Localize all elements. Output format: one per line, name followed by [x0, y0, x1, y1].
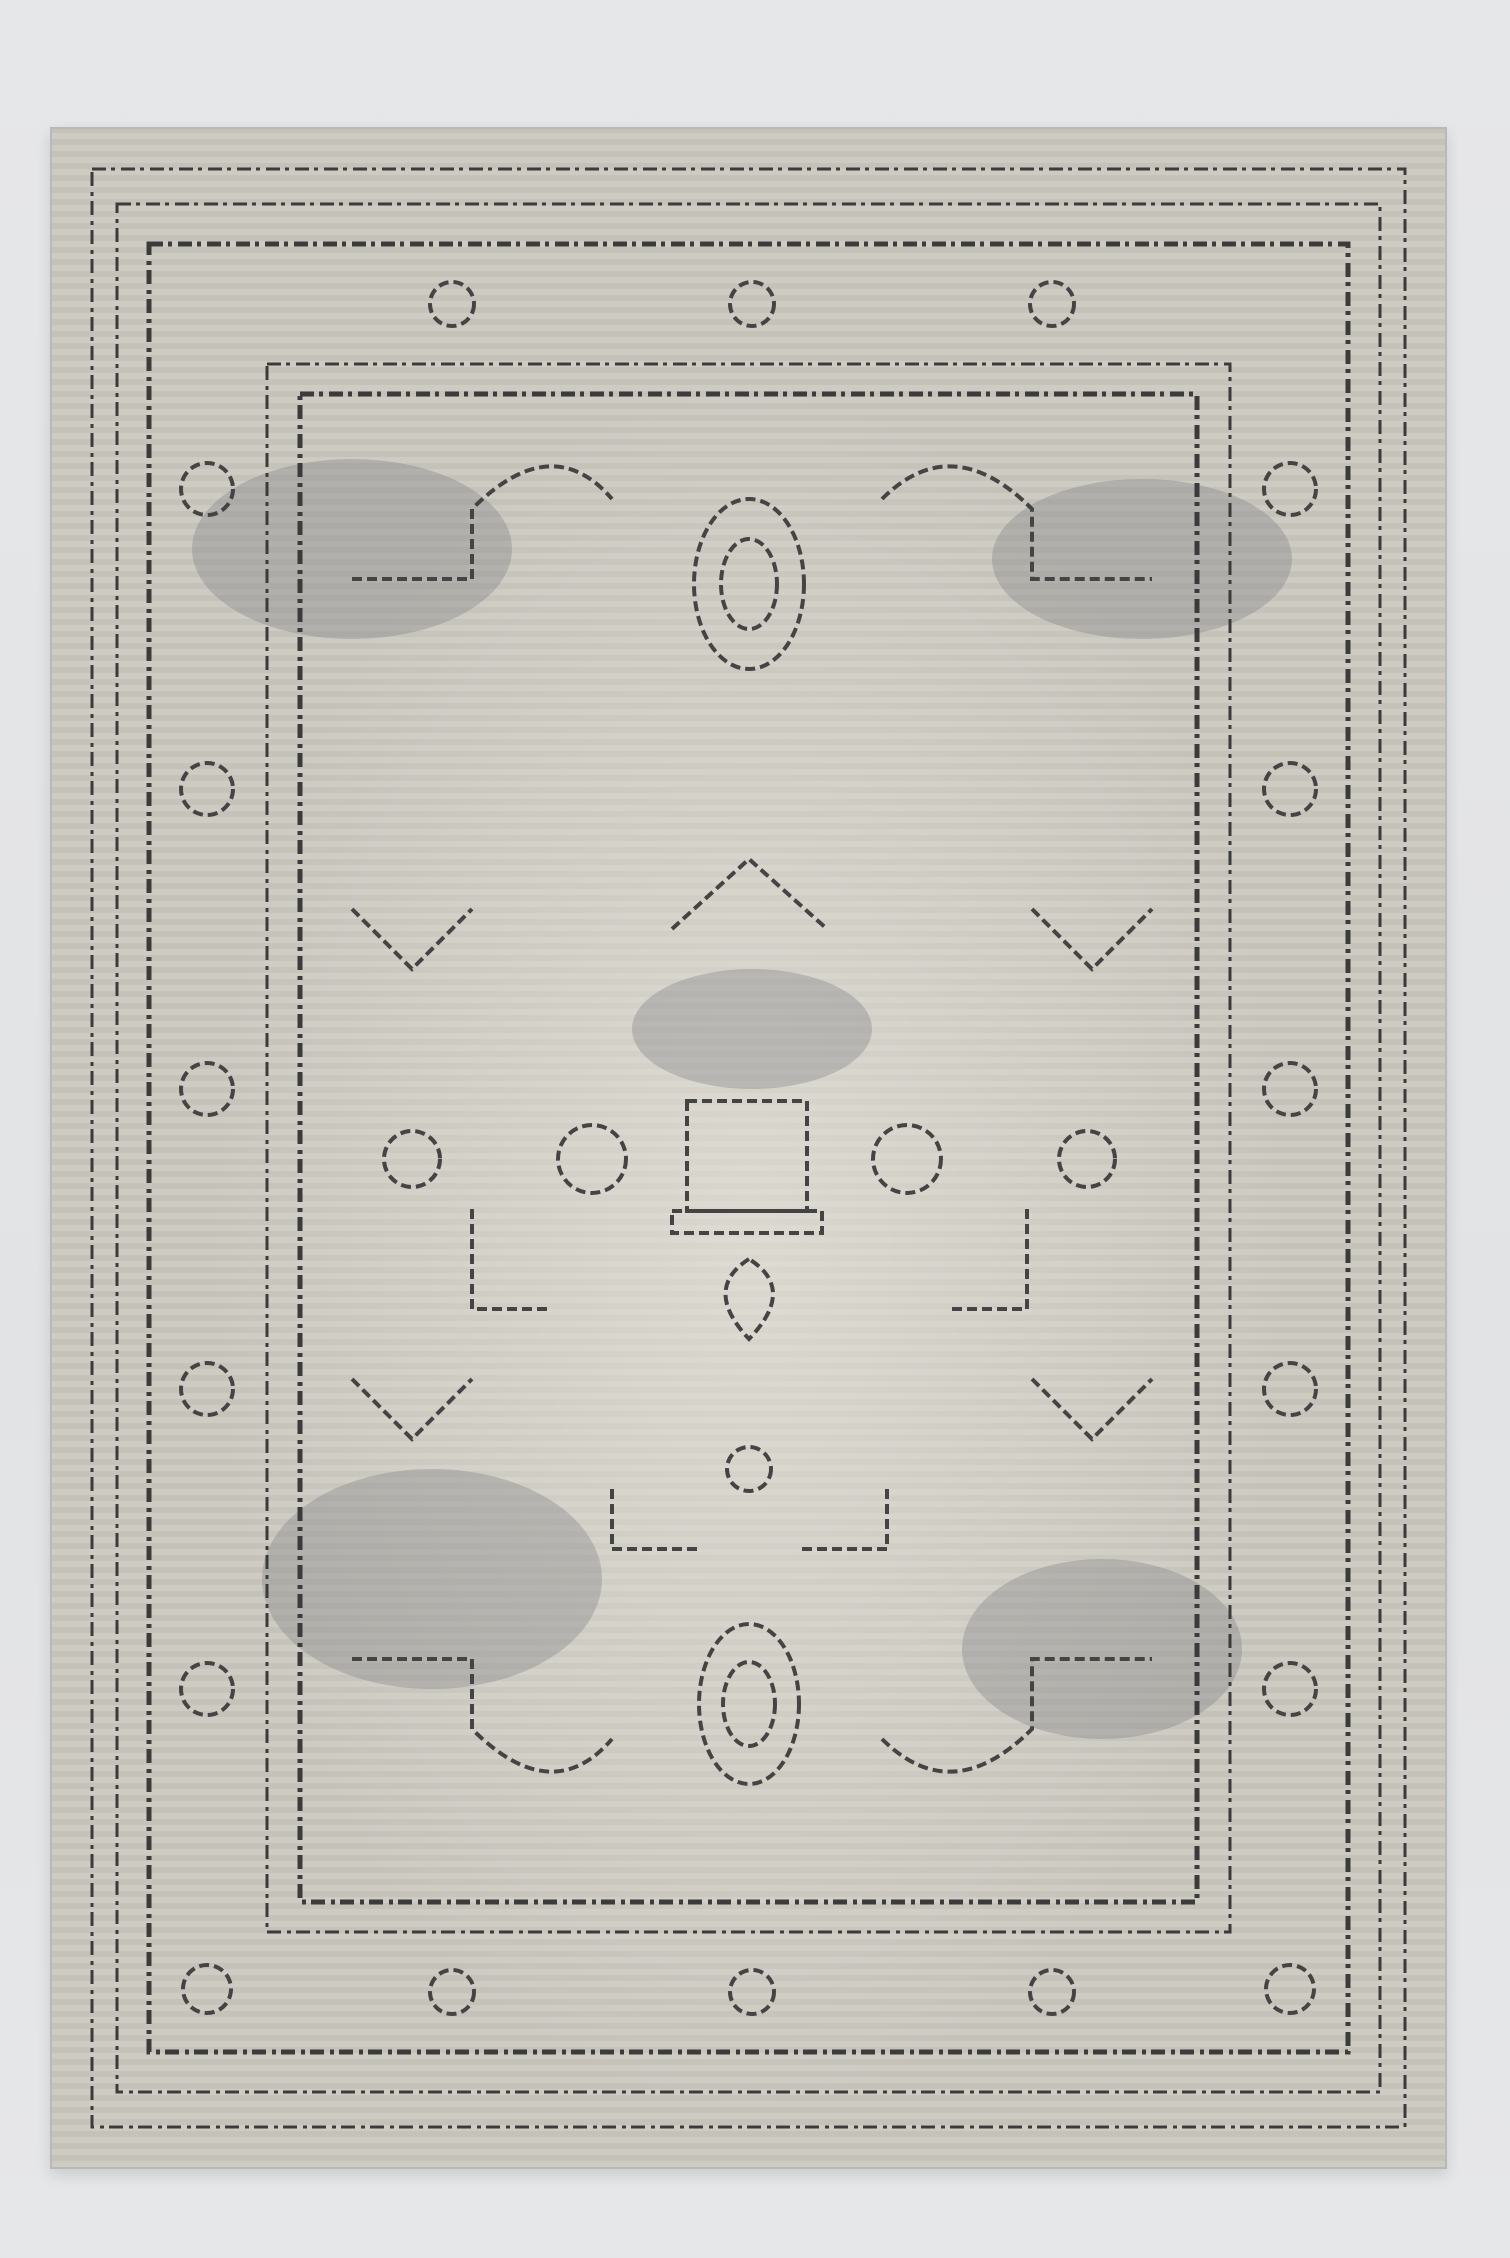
- rug-pattern: [52, 129, 1445, 2167]
- rug: [50, 127, 1447, 2169]
